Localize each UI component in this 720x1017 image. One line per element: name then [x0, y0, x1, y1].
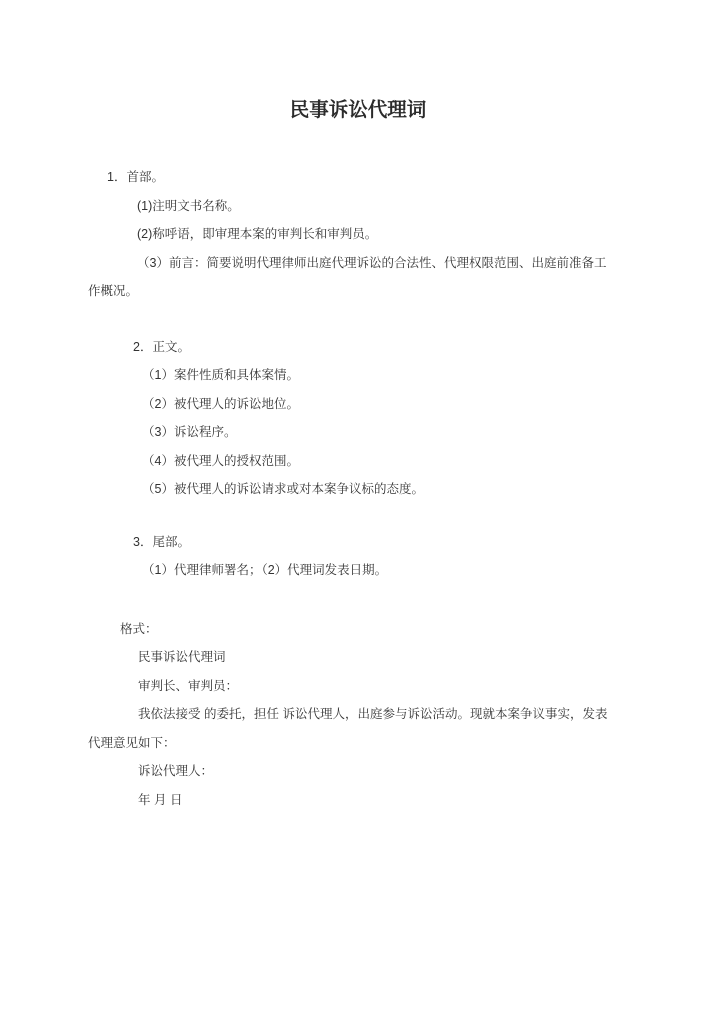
outline-section-1-heading: 1．首部。 [88, 163, 612, 192]
outline-section-2-item-4: （4）被代理人的授权范围。 [88, 447, 612, 476]
outline-section-3-heading: 3．尾部。 [88, 528, 612, 557]
outline-section-2-item-3: （3）诉讼程序。 [88, 418, 612, 447]
outline-section-2-heading: 2．正文。 [88, 333, 612, 362]
format-label: 格式： [88, 615, 612, 644]
outline-section-1-item-2: (2)称呼语，即审理本案的审判长和审判员。 [88, 220, 612, 249]
format-line-salutation: 审判长、审判员： [88, 672, 612, 701]
outline-section-1-item-3: （3）前言：简要说明代理律师出庭代理诉讼的合法性、代理权限范围、出庭前准备工作概… [88, 249, 612, 306]
format-line-body: 我依法接受 的委托，担任 诉讼代理人，出庭参与诉讼活动。现就本案争议事实，发表代… [88, 700, 612, 757]
format-line-title: 民事诉讼代理词 [88, 643, 612, 672]
document-title: 民事诉讼代理词 [88, 97, 612, 123]
format-line-date: 年 月 日 [88, 786, 612, 815]
outline-section-2-item-2: （2）被代理人的诉讼地位。 [88, 390, 612, 419]
outline-section-2-item-5: （5）被代理人的诉讼请求或对本案争议标的态度。 [88, 475, 612, 504]
outline-section-2-item-1: （1）案件性质和具体案情。 [88, 361, 612, 390]
document-page: 民事诉讼代理词 1．首部。 (1)注明文书名称。 (2)称呼语，即审理本案的审判… [0, 0, 720, 1017]
outline-section-3-item-1: （1）代理律师署名；（2）代理词发表日期。 [88, 556, 612, 585]
format-line-agent-signature: 诉讼代理人： [88, 757, 612, 786]
outline-section-1-item-1: (1)注明文书名称。 [88, 192, 612, 221]
